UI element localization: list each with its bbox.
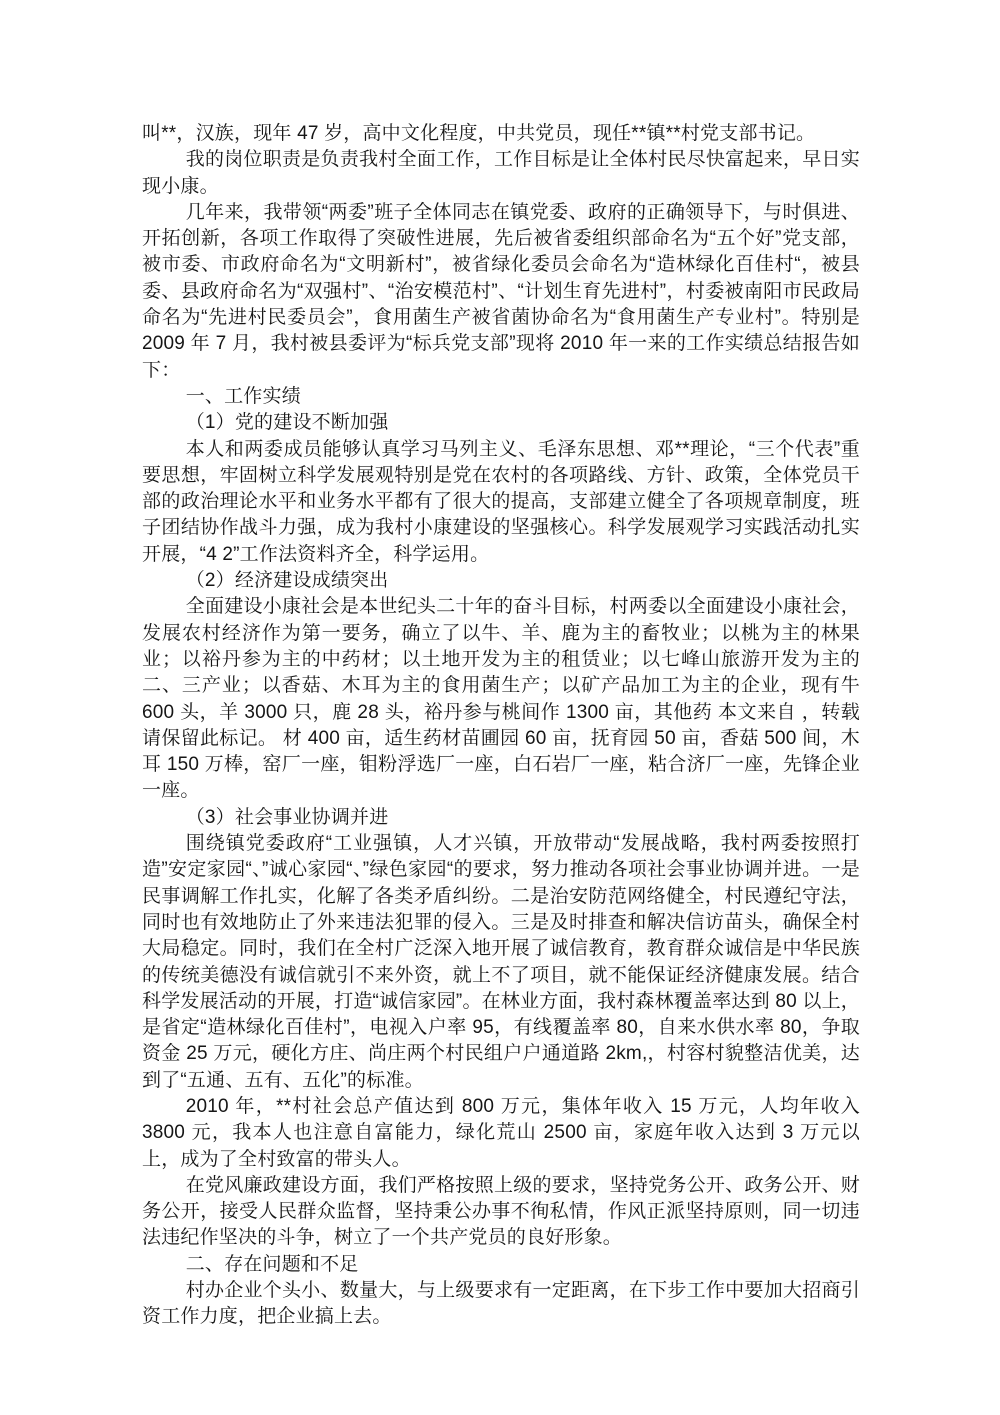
paragraph: （3）社会事业协调并进	[142, 805, 860, 831]
paragraph: 在党风廉政建设方面，我们严格按照上级的要求，坚持党务公开、政务公开、财务公开，接…	[142, 1173, 860, 1252]
paragraph: 围绕镇党委政府“工业强镇，人才兴镇，开放带动“发展战略，我村两委按照打造”安定家…	[142, 831, 860, 1094]
paragraph: 全面建设小康社会是本世纪头二十年的奋斗目标，村两委以全面建设小康社会，发展农村经…	[142, 594, 860, 804]
paragraph: 本人和两委成员能够认真学习马列主义、毛泽东思想、邓**理论，“三个代表”重要思想…	[142, 437, 860, 568]
paragraph: （2）经济建设成绩突出	[142, 568, 860, 594]
paragraph: 村办企业个头小、数量大，与上级要求有一定距离，在下步工作中要加大招商引资工作力度…	[142, 1278, 860, 1331]
paragraph: （1）党的建设不断加强	[142, 410, 860, 436]
paragraph: 一、工作实绩	[142, 384, 860, 410]
paragraph: 2010 年，**村社会总产值达到 800 万元，集体年收入 15 万元，人均年…	[142, 1094, 860, 1173]
paragraph: 叫**，汉族，现年 47 岁，高中文化程度，中共党员，现任**镇**村党支部书记…	[142, 121, 860, 147]
document-page: 叫**，汉族，现年 47 岁，高中文化程度，中共党员，现任**镇**村党支部书记…	[0, 0, 1000, 1415]
document-body: 叫**，汉族，现年 47 岁，高中文化程度，中共党员，现任**镇**村党支部书记…	[142, 121, 860, 1331]
paragraph: 几年来，我带领“两委”班子全体同志在镇党委、政府的正确领导下，与时俱进、开拓创新…	[142, 200, 860, 384]
paragraph: 二、存在问题和不足	[142, 1252, 860, 1278]
paragraph: 我的岗位职责是负责我村全面工作，工作目标是让全体村民尽快富起来，早日实现小康。	[142, 147, 860, 200]
